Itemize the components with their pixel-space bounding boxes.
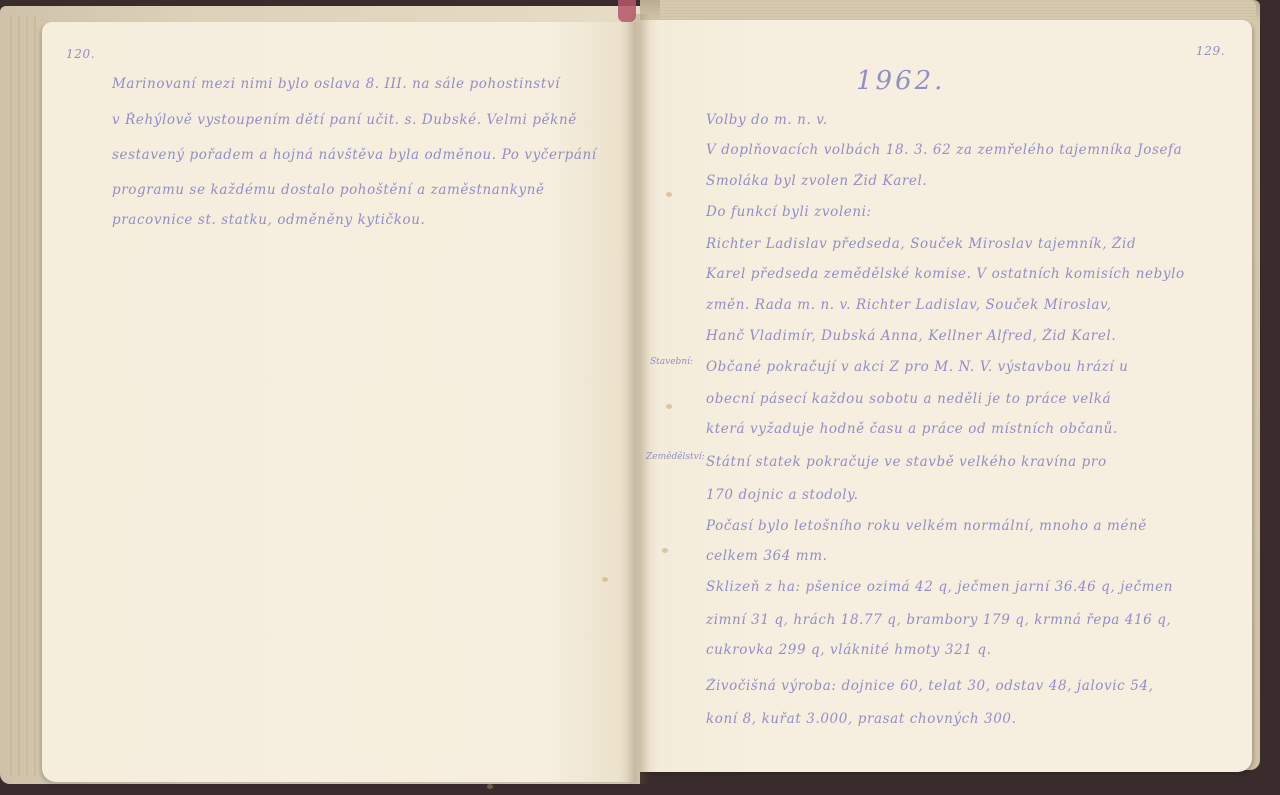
right-line-2: Smoláka byl zvolen Žid Karel.	[706, 173, 927, 189]
left-line-4: programu se každému dostalo pohoštění a …	[112, 182, 545, 198]
left-page	[42, 22, 636, 782]
right-line-8: Občané pokračují v akci Z pro M. N. V. v…	[706, 359, 1128, 375]
open-book: 120. Marinovaní mezi nimi bylo oslava 8.…	[0, 0, 1280, 795]
right-page-number: 129.	[1196, 44, 1225, 58]
right-line-14: celkem 364 mm.	[706, 548, 827, 564]
year-heading: 1962.	[856, 66, 945, 96]
bookmark-ribbon	[618, 0, 636, 22]
book-gutter	[626, 14, 650, 784]
left-line-1: Marinovaní mezi nimi bylo oslava 8. III.…	[112, 76, 560, 92]
section-title: Volby do m. n. v.	[706, 112, 828, 128]
margin-note-agriculture: Zemědělství:	[646, 452, 705, 462]
right-line-6: změn. Rada m. n. v. Richter Ladislav, So…	[706, 297, 1112, 313]
right-line-10: která vyžaduje hodně času a práce od mís…	[706, 421, 1118, 437]
right-line-3: Do funkcí byli zvoleni:	[706, 204, 872, 220]
left-line-2: v Řehýlově vystoupením dětí paní učit. s…	[112, 112, 577, 128]
left-page-number: 120.	[66, 47, 95, 61]
right-line-13: Počasí bylo letošního roku velkém normál…	[706, 518, 1147, 534]
right-line-15: Sklizeň z ha: pšenice ozimá 42 q, ječmen…	[706, 579, 1173, 595]
right-line-17: cukrovka 299 q, vláknité hmoty 321 q.	[706, 642, 992, 658]
right-line-5: Karel předseda zemědělské komise. V osta…	[706, 266, 1185, 282]
right-line-1: V doplňovacích volbách 18. 3. 62 za zemř…	[706, 142, 1182, 158]
right-line-11: Státní statek pokračuje ve stavbě velkéh…	[706, 454, 1107, 470]
right-line-19: koní 8, kuřat 3.000, prasat chovných 300…	[706, 711, 1016, 727]
page-top-edge	[660, 0, 1256, 22]
right-line-9: obecní pásecí každou sobotu a neděli je …	[706, 391, 1111, 407]
left-line-3: sestavený pořadem a hojná návštěva byla …	[112, 147, 597, 163]
right-line-12: 170 dojnic a stodoly.	[706, 487, 859, 503]
right-line-7: Hanč Vladimír, Dubská Anna, Kellner Alfr…	[706, 328, 1116, 344]
right-line-4: Richter Ladislav předseda, Souček Mirosl…	[706, 236, 1136, 252]
right-line-18: Živočišná výroba: dojnice 60, telat 30, …	[706, 678, 1153, 694]
left-line-5: pracovnice st. statku, odměněny kytičkou…	[112, 212, 425, 228]
right-line-16: zimní 31 q, hrách 18.77 q, brambory 179 …	[706, 612, 1171, 628]
margin-note-construction: Stavební:	[650, 357, 693, 367]
